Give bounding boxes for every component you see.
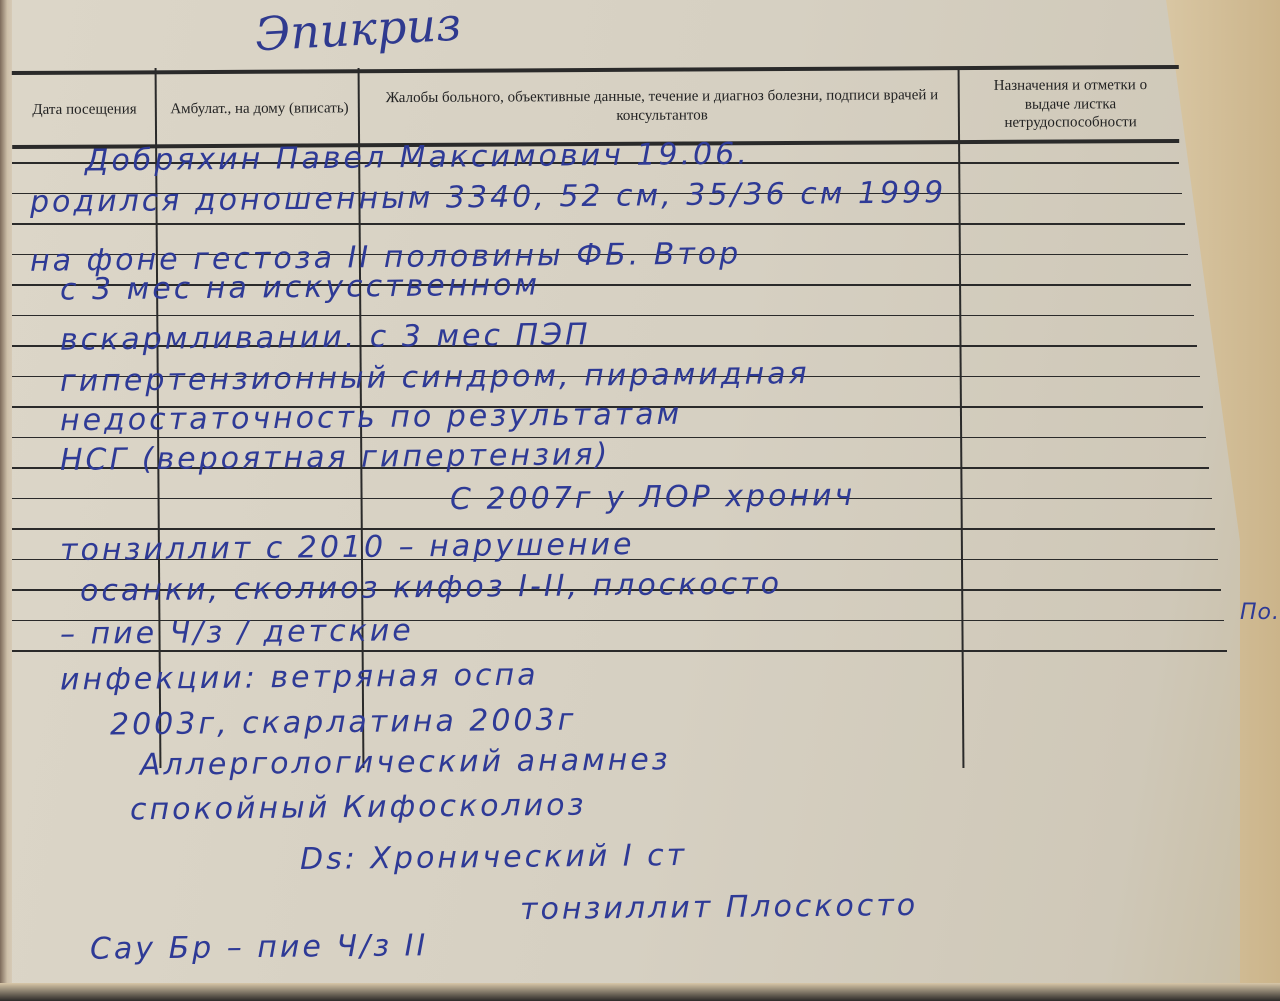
handwritten-line: осанки, сколиоз кифоз I-II, плоскосто xyxy=(80,566,782,608)
handwritten-line: НСГ (вероятная гипертензия) xyxy=(60,437,611,478)
handwritten-line: инфекции: ветряная оспа xyxy=(60,657,539,697)
handwritten-line: Ds: Хронический I ст xyxy=(300,838,687,877)
header-place: Амбулат., на дому (вписать) xyxy=(157,73,362,144)
handwritten-line: Сау Бр – пие Ч/з II xyxy=(90,928,429,967)
ruled-line xyxy=(12,223,1185,225)
header-notes: Назначения и отметки о выдаче листка нет… xyxy=(962,69,1179,140)
header-complaints: Жалобы больного, объективные данные, теч… xyxy=(362,70,962,143)
handwritten-line: с 3 мес на искусственном xyxy=(60,267,540,307)
handwritten-line: тонзиллит с 2010 – нарушение xyxy=(60,527,635,568)
handwritten-title: Эпикриз xyxy=(254,0,463,61)
handwritten-line: 2003г, скарлатина 2003г xyxy=(110,703,577,743)
handwritten-line: тонзиллит Плоскосто xyxy=(520,888,918,927)
header-date: Дата посещения xyxy=(12,74,157,145)
handwritten-line: Добряхин Павел Максимович 19.06. xyxy=(85,137,750,179)
handwritten-line: С 2007г у ЛОР хронич xyxy=(450,478,856,517)
handwritten-line: недостаточность по результатам xyxy=(60,397,682,439)
page-binding-edge xyxy=(0,0,12,1001)
handwritten-line: – пие Ч/з / детские xyxy=(60,613,414,652)
handwritten-line: вскармливании. с 3 мес ПЭП xyxy=(60,317,591,358)
margin-note: По... xyxy=(1240,600,1280,625)
handwritten-line: спокойный Кифосколиоз xyxy=(130,788,587,828)
handwritten-line: Аллергологический анамнез xyxy=(140,742,671,783)
ruled-line xyxy=(12,315,1194,317)
table-header: Дата посещения Амбулат., на дому (вписат… xyxy=(12,65,1179,149)
page-bottom-shadow xyxy=(0,983,1280,1001)
